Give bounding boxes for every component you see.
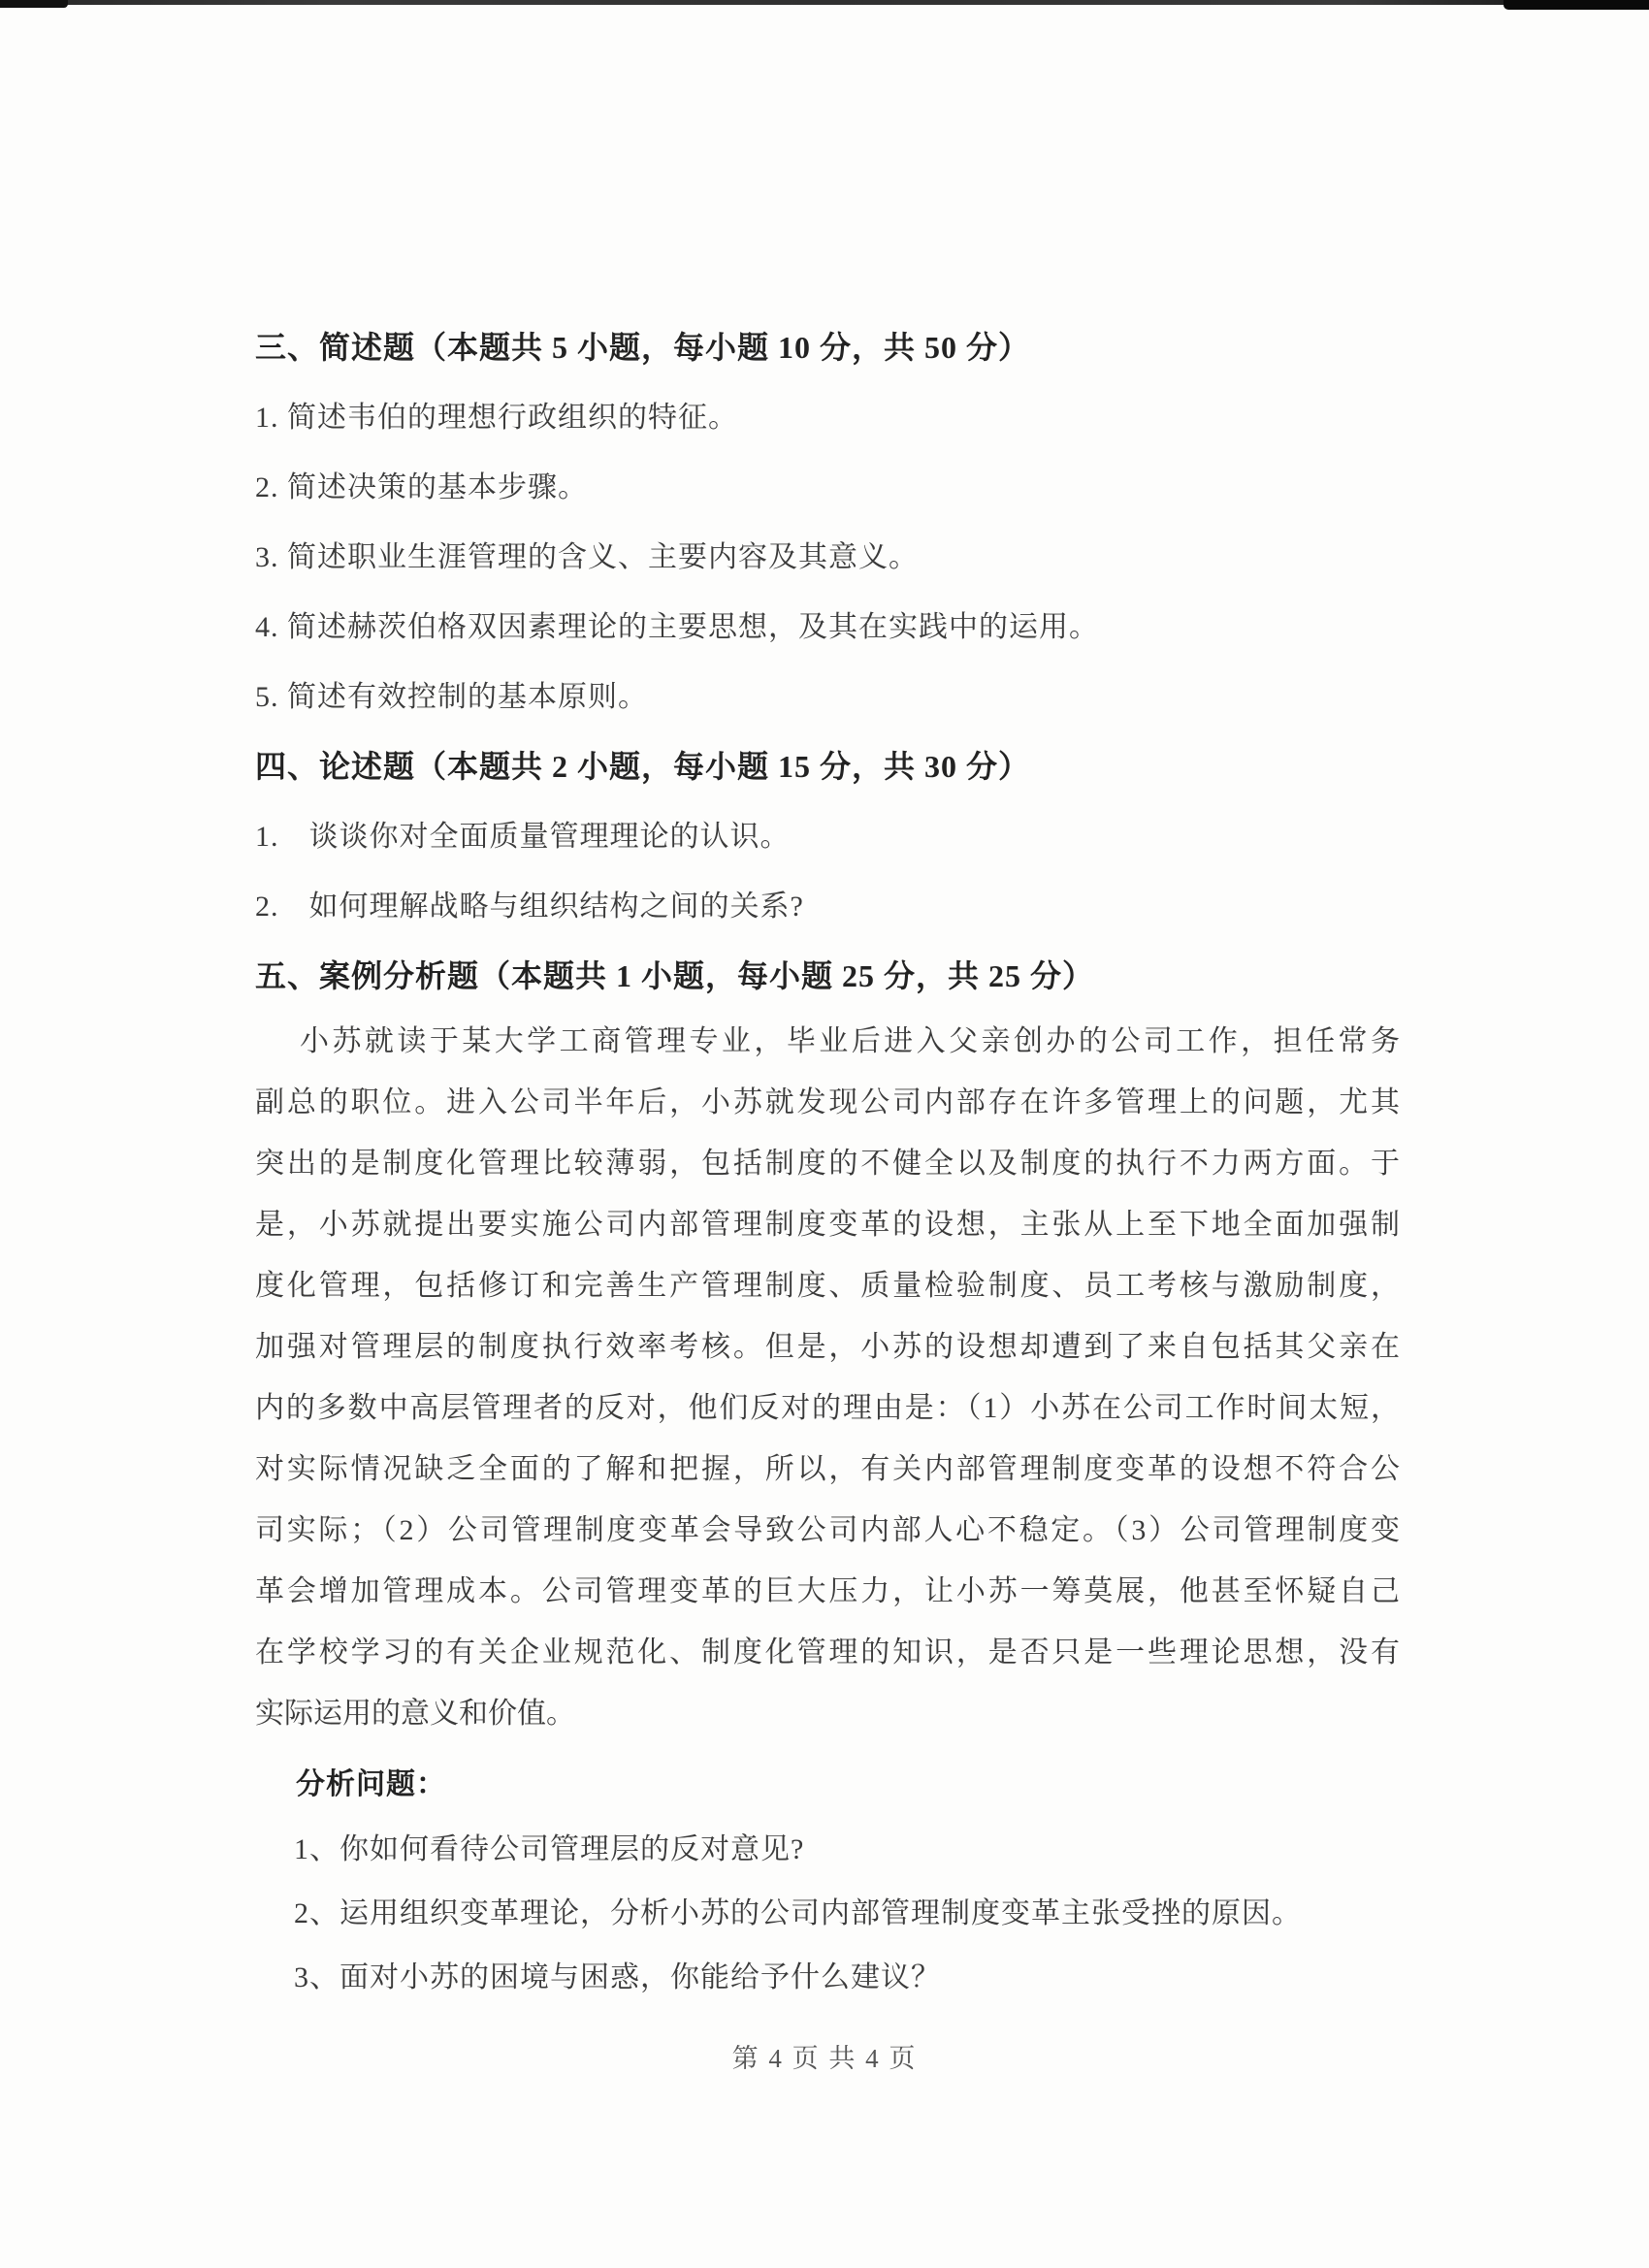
analysis-question-1: 1、你如何看待公司管理层的反对意见? — [255, 1830, 1400, 1870]
case-line: 革会增加管理成本。公司管理变革的巨大压力，让小苏一筹莫展，他甚至怀疑自己 — [255, 1561, 1400, 1622]
analysis-question-2: 2、运用组织变革理论，分析小苏的公司内部管理制度变革主张受挫的原因。 — [255, 1894, 1400, 1934]
case-line: 小苏就读于某大学工商管理专业，毕业后进入父亲创办的公司工作，担任常务 — [255, 1011, 1400, 1072]
case-line: 内的多数中高层管理者的反对，他们反对的理由是：（1）小苏在公司工作时间太短， — [255, 1377, 1400, 1439]
case-line: 加强对管理层的制度执行效率考核。但是，小苏的设想却遭到了来自包括其父亲在 — [255, 1316, 1400, 1377]
case-line: 在学校学习的有关企业规范化、制度化管理的知识，是否只是一些理论思想，没有 — [255, 1622, 1400, 1683]
section-3-question-1: 1. 简述韦伯的理想行政组织的特征。 — [255, 398, 1400, 438]
scan-artifact-corner-left — [0, 0, 68, 8]
case-line: 是，小苏就提出要实施公司内部管理制度变革的设想，主张从上至下地全面加强制 — [255, 1194, 1400, 1255]
exam-page: 三、简述题（本题共 5 小题，每小题 10 分，共 50 分） 1. 简述韦伯的… — [0, 0, 1649, 2268]
scan-artifact-top-edge — [0, 0, 1649, 5]
section-3-question-5: 5. 简述有效控制的基本原则。 — [255, 677, 1400, 718]
analysis-questions-label: 分析问题： — [255, 1764, 1400, 1806]
case-line: 突出的是制度化管理比较薄弱，包括制度的不健全以及制度的执行不力两方面。于 — [255, 1133, 1400, 1194]
section-4-question-1: 1. 谈谈你对全面质量管理理论的认识。 — [255, 817, 1400, 858]
case-line: 对实际情况缺乏全面的了解和把握，所以，有关内部管理制度变革的设想不符合公 — [255, 1439, 1400, 1500]
analysis-question-3: 3、面对小苏的困境与困惑，你能给予什么建议？ — [255, 1958, 1400, 1998]
case-line: 副总的职位。进入公司半年后，小苏就发现公司内部存在许多管理上的问题，尤其 — [255, 1072, 1400, 1133]
page-number-footer: 第 4 页 共 4 页 — [0, 2037, 1649, 2075]
section-3-question-2: 2. 简述决策的基本步骤。 — [255, 468, 1400, 508]
section-5-heading: 五、案例分析题（本题共 1 小题，每小题 25 分，共 25 分） — [255, 955, 1400, 997]
section-3-question-3: 3. 简述职业生涯管理的含义、主要内容及其意义。 — [255, 537, 1400, 578]
case-line: 度化管理，包括修订和完善生产管理制度、质量检验制度、员工考核与激励制度， — [255, 1255, 1400, 1316]
section-4-question-2: 2. 如何理解战略与组织结构之间的关系? — [255, 887, 1400, 927]
section-4-heading: 四、论述题（本题共 2 小题，每小题 15 分，共 30 分） — [255, 745, 1400, 788]
case-study-paragraph: 小苏就读于某大学工商管理专业，毕业后进入父亲创办的公司工作，担任常务 副总的职位… — [255, 1011, 1400, 1744]
case-line: 实际运用的意义和价值。 — [255, 1683, 1400, 1744]
section-3-heading: 三、简述题（本题共 5 小题，每小题 10 分，共 50 分） — [255, 326, 1400, 369]
case-line: 司实际；（2）公司管理制度变革会导致公司内部人心不稳定。（3）公司管理制度变 — [255, 1500, 1400, 1561]
section-3-question-4: 4. 简述赫茨伯格双因素理论的主要思想，及其在实践中的运用。 — [255, 607, 1400, 648]
page-content: 三、简述题（本题共 5 小题，每小题 10 分，共 50 分） 1. 简述韦伯的… — [255, 326, 1400, 1998]
scan-artifact-corner-right — [1503, 0, 1649, 10]
